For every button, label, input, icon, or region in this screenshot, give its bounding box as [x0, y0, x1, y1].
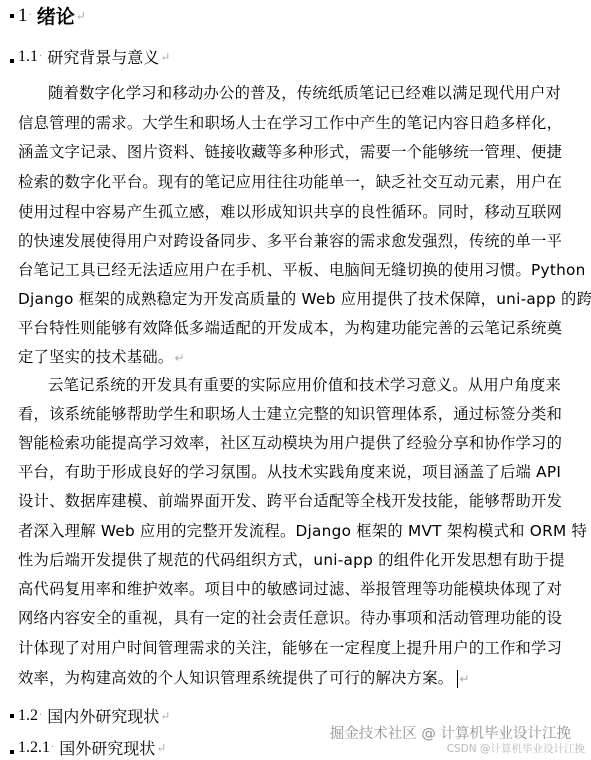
space-mark: · — [39, 710, 42, 721]
heading-2: 1.1· 研究背景与意义 ↵ — [10, 45, 170, 68]
body-text-line: 台笔记工具已经无法适应用户在手机、平板、电脑间无缝切换的使用习惯。Python — [18, 260, 578, 280]
list-bullet-marker — [10, 750, 14, 754]
body-text-line: 设计、数据库建模、前端界面开发、跨平台适配等全栈开发技能，能够帮助开发 — [18, 491, 578, 511]
heading-title: 国内外研究现状 — [47, 704, 159, 727]
body-text: 定了坚实的技术基础。 — [18, 348, 173, 366]
paragraph-mark-icon: ↵ — [160, 50, 170, 64]
heading-title: 国外研究现状 — [59, 736, 155, 759]
body-text-line: 平台特性则能够有效降低多端适配的开发成本，为构建功能完善的云笔记系统奠 — [18, 318, 578, 338]
body-text-line: 涵盖文字记录、图片资料、链接收藏等多种形式，需要一个能够统一管理、便捷 — [18, 142, 578, 162]
body-text-line: 网络内容安全的重视，具有一定的社会责任意识。待办事项和活动管理功能的设 — [18, 608, 578, 628]
body-text-line: 效率，为构建高效的个人知识管理系统提供了可行的解决方案。↵ — [18, 668, 578, 689]
body-text-line: Django 框架的成熟稳定为开发高质量的 Web 应用提供了技术保障，uni-… — [18, 289, 578, 309]
space-mark: · — [39, 51, 42, 62]
paragraph-mark-icon: ↵ — [459, 672, 469, 686]
heading-title: 研究背景与意义 — [47, 45, 159, 68]
heading-number: 1.2 — [18, 707, 38, 725]
body-text-line: 看，该系统能够帮助学生和职场人士建立完整的知识管理体系，通过标签分类和 — [18, 404, 578, 424]
heading-title: 绪论 — [37, 2, 75, 29]
list-bullet-marker — [10, 14, 14, 18]
heading-number: 1.1 — [18, 48, 38, 66]
heading-1-2: 1.2· 国内外研究现状 ↵ — [10, 704, 170, 727]
body-text-line: 的快速发展使得用户对跨设备同步、多平台兼容的需求愈发强烈，传统的单一平 — [18, 231, 578, 251]
body-text-line: 性为后端开发提供了规范的代码组织方式，uni-app 的组件化开发思想有助于提 — [18, 550, 578, 570]
heading-1-2-1: 1.2.1· 国外研究现状 ↵ — [10, 736, 166, 759]
space-mark: · — [29, 10, 32, 21]
heading-1: 1· 绪论 ↵ — [10, 2, 86, 29]
watermark-primary: 掘金技术社区 @ 计算机毕业设计江挽 — [330, 722, 571, 743]
body-text-line: 智能检索功能提高学习效率，社区互动模块为用户提供了经验分享和协作学习的 — [18, 433, 578, 453]
paragraph-mark-icon: ↵ — [160, 709, 170, 723]
paragraph-mark-icon: ↵ — [174, 351, 184, 365]
body-text-line: 使用过程中容易产生孤立感，难以形成知识共享的良性循环。同时，移动互联网 — [18, 202, 578, 222]
heading-number: 1.2.1 — [18, 739, 50, 757]
body-text-line: 随着数字化学习和移动办公的普及，传统纸质笔记已经难以满足现代用户对 — [48, 83, 578, 103]
body-text-line: 计体现了对用户时间管理需求的关注，能够在一定程度上提升用户的工作和学习 — [18, 638, 578, 658]
body-text-line: 云笔记系统的开发具有重要的实际应用价值和技术学习意义。从用户角度来 — [48, 375, 578, 395]
body-text-line: 高代码复用率和维护效率。项目中的敏感词过滤、举报管理等功能模块体现了对 — [18, 579, 578, 599]
paragraph-mark-icon: ↵ — [156, 741, 166, 755]
list-bullet-marker — [10, 59, 14, 63]
body-text: 效率，为构建高效的个人知识管理系统提供了可行的解决方案。 — [18, 669, 453, 687]
list-bullet-marker — [10, 714, 14, 718]
heading-number: 1 — [18, 5, 28, 27]
paragraph-mark-icon: ↵ — [76, 9, 86, 23]
watermark-secondary: CSDN @计算机毕业设计江挽 — [447, 741, 585, 756]
space-mark: · — [51, 742, 54, 753]
body-text-line: 平台，有助于形成良好的学习氛围。从技术实践角度来说，项目涵盖了后端 API — [18, 462, 578, 482]
body-text-line: 检索的数字化平台。现有的笔记应用往往功能单一，缺乏社交互动元素，用户在 — [18, 172, 578, 192]
document-page[interactable]: 1· 绪论 ↵ 1.1· 研究背景与意义 ↵ 随着数字化学习和移动办公的普及，传… — [0, 0, 591, 760]
body-text-line: 者深入理解 Web 应用的完整开发流程。Django 框架的 MVT 架构模式和… — [18, 521, 578, 541]
body-text-line: 信息管理的需求。大学生和职场人士在学习工作中产生的笔记内容日趋多样化， — [18, 113, 578, 133]
body-text-line: 定了坚实的技术基础。↵ — [18, 347, 578, 368]
